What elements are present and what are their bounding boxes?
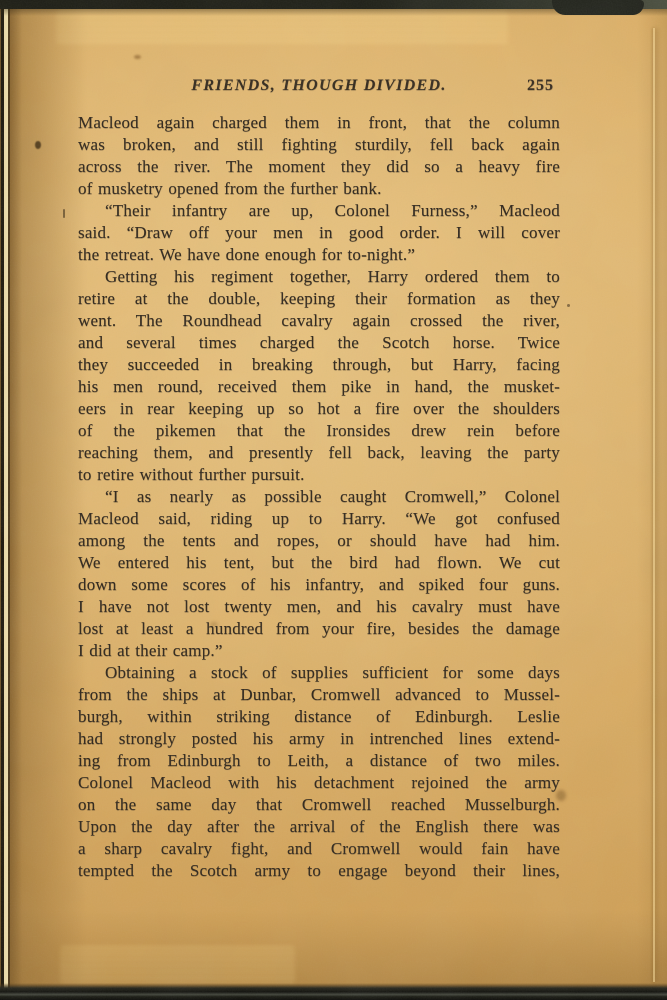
text-line: Colonel Macleod with his detachment rejo…: [78, 772, 560, 794]
text-line: of musketry opened from the further bank…: [78, 178, 560, 200]
text-line: Upon the day after the arrival of the En…: [78, 816, 560, 838]
text-line: reaching them, and presently fell back, …: [78, 442, 560, 464]
text-line: they succeeded in breaking through, but …: [78, 354, 560, 376]
text-line: down some scores of his infantry, and sp…: [78, 574, 560, 596]
text-line: on the same day that Cromwell reached Mu…: [78, 794, 560, 816]
text-line: “Their infantry are up, Colonel Furness,…: [78, 200, 560, 222]
page-number: 255: [527, 77, 554, 95]
text-line: tempted the Scotch army to engage beyond…: [78, 860, 560, 882]
text-line: and several times charged the Scotch hor…: [78, 332, 560, 354]
page-left-edge: [0, 0, 90, 988]
page-content: FRIENDS, THOUGH DIVIDED. 255 Macleod aga…: [78, 0, 560, 1000]
running-header: FRIENDS, THOUGH DIVIDED. 255: [78, 77, 560, 97]
text-line: his men round, received them pike in han…: [78, 376, 560, 398]
text-line: went. The Roundhead cavalry again crosse…: [78, 310, 560, 332]
page-title: FRIENDS, THOUGH DIVIDED.: [78, 77, 560, 95]
text-line: burgh, within striking distance of Edinb…: [78, 706, 560, 728]
text-line: “I as nearly as possible caught Cromwell…: [78, 486, 560, 508]
paper-speck: [35, 141, 41, 149]
text-line: from the ships at Dunbar, Cromwell advan…: [78, 684, 560, 706]
text-line: eers in rear keeping up so hot a fire ov…: [78, 398, 560, 420]
text-line: lost at least a hundred from your fire, …: [78, 618, 560, 640]
text-line: Obtaining a stock of supplies sufficient…: [78, 662, 560, 684]
text-line: across the river. The moment they did so…: [78, 156, 560, 178]
text-line: said. “Draw off your men in good order. …: [78, 222, 560, 244]
text-line: among the tents and ropes, or should hav…: [78, 530, 560, 552]
text-line: Macleod again charged them in front, tha…: [78, 112, 560, 134]
ink-dot: [567, 304, 570, 307]
body-text: Macleod again charged them in front, tha…: [78, 112, 560, 882]
text-line: a sharp cavalry fight, and Cromwell woul…: [78, 838, 560, 860]
book-scan: FRIENDS, THOUGH DIVIDED. 255 Macleod aga…: [0, 0, 667, 1000]
text-line: to retire without further pursuit.: [78, 464, 560, 486]
scanner-band-top-corner: [552, 0, 644, 15]
text-line: We entered his tent, but the bird had fl…: [78, 552, 560, 574]
text-line: ing from Edinburgh to Leith, a distance …: [78, 750, 560, 772]
page-right-crease: [653, 28, 655, 982]
text-line: Macleod said, riding up to Harry. “We go…: [78, 508, 560, 530]
text-line: I have not lost twenty men, and his cava…: [78, 596, 560, 618]
text-line: had strongly posted his army in intrench…: [78, 728, 560, 750]
text-line: was broken, and still fighting sturdily,…: [78, 134, 560, 156]
text-line: the retreat. We have done enough for to-…: [78, 244, 560, 266]
text-line: Getting his regiment together, Harry ord…: [78, 266, 560, 288]
text-line: I did at their camp.”: [78, 640, 560, 662]
text-line: retire at the double, keeping their form…: [78, 288, 560, 310]
pencil-mark: [63, 209, 65, 218]
text-line: of the pikemen that the Ironsides drew r…: [78, 420, 560, 442]
